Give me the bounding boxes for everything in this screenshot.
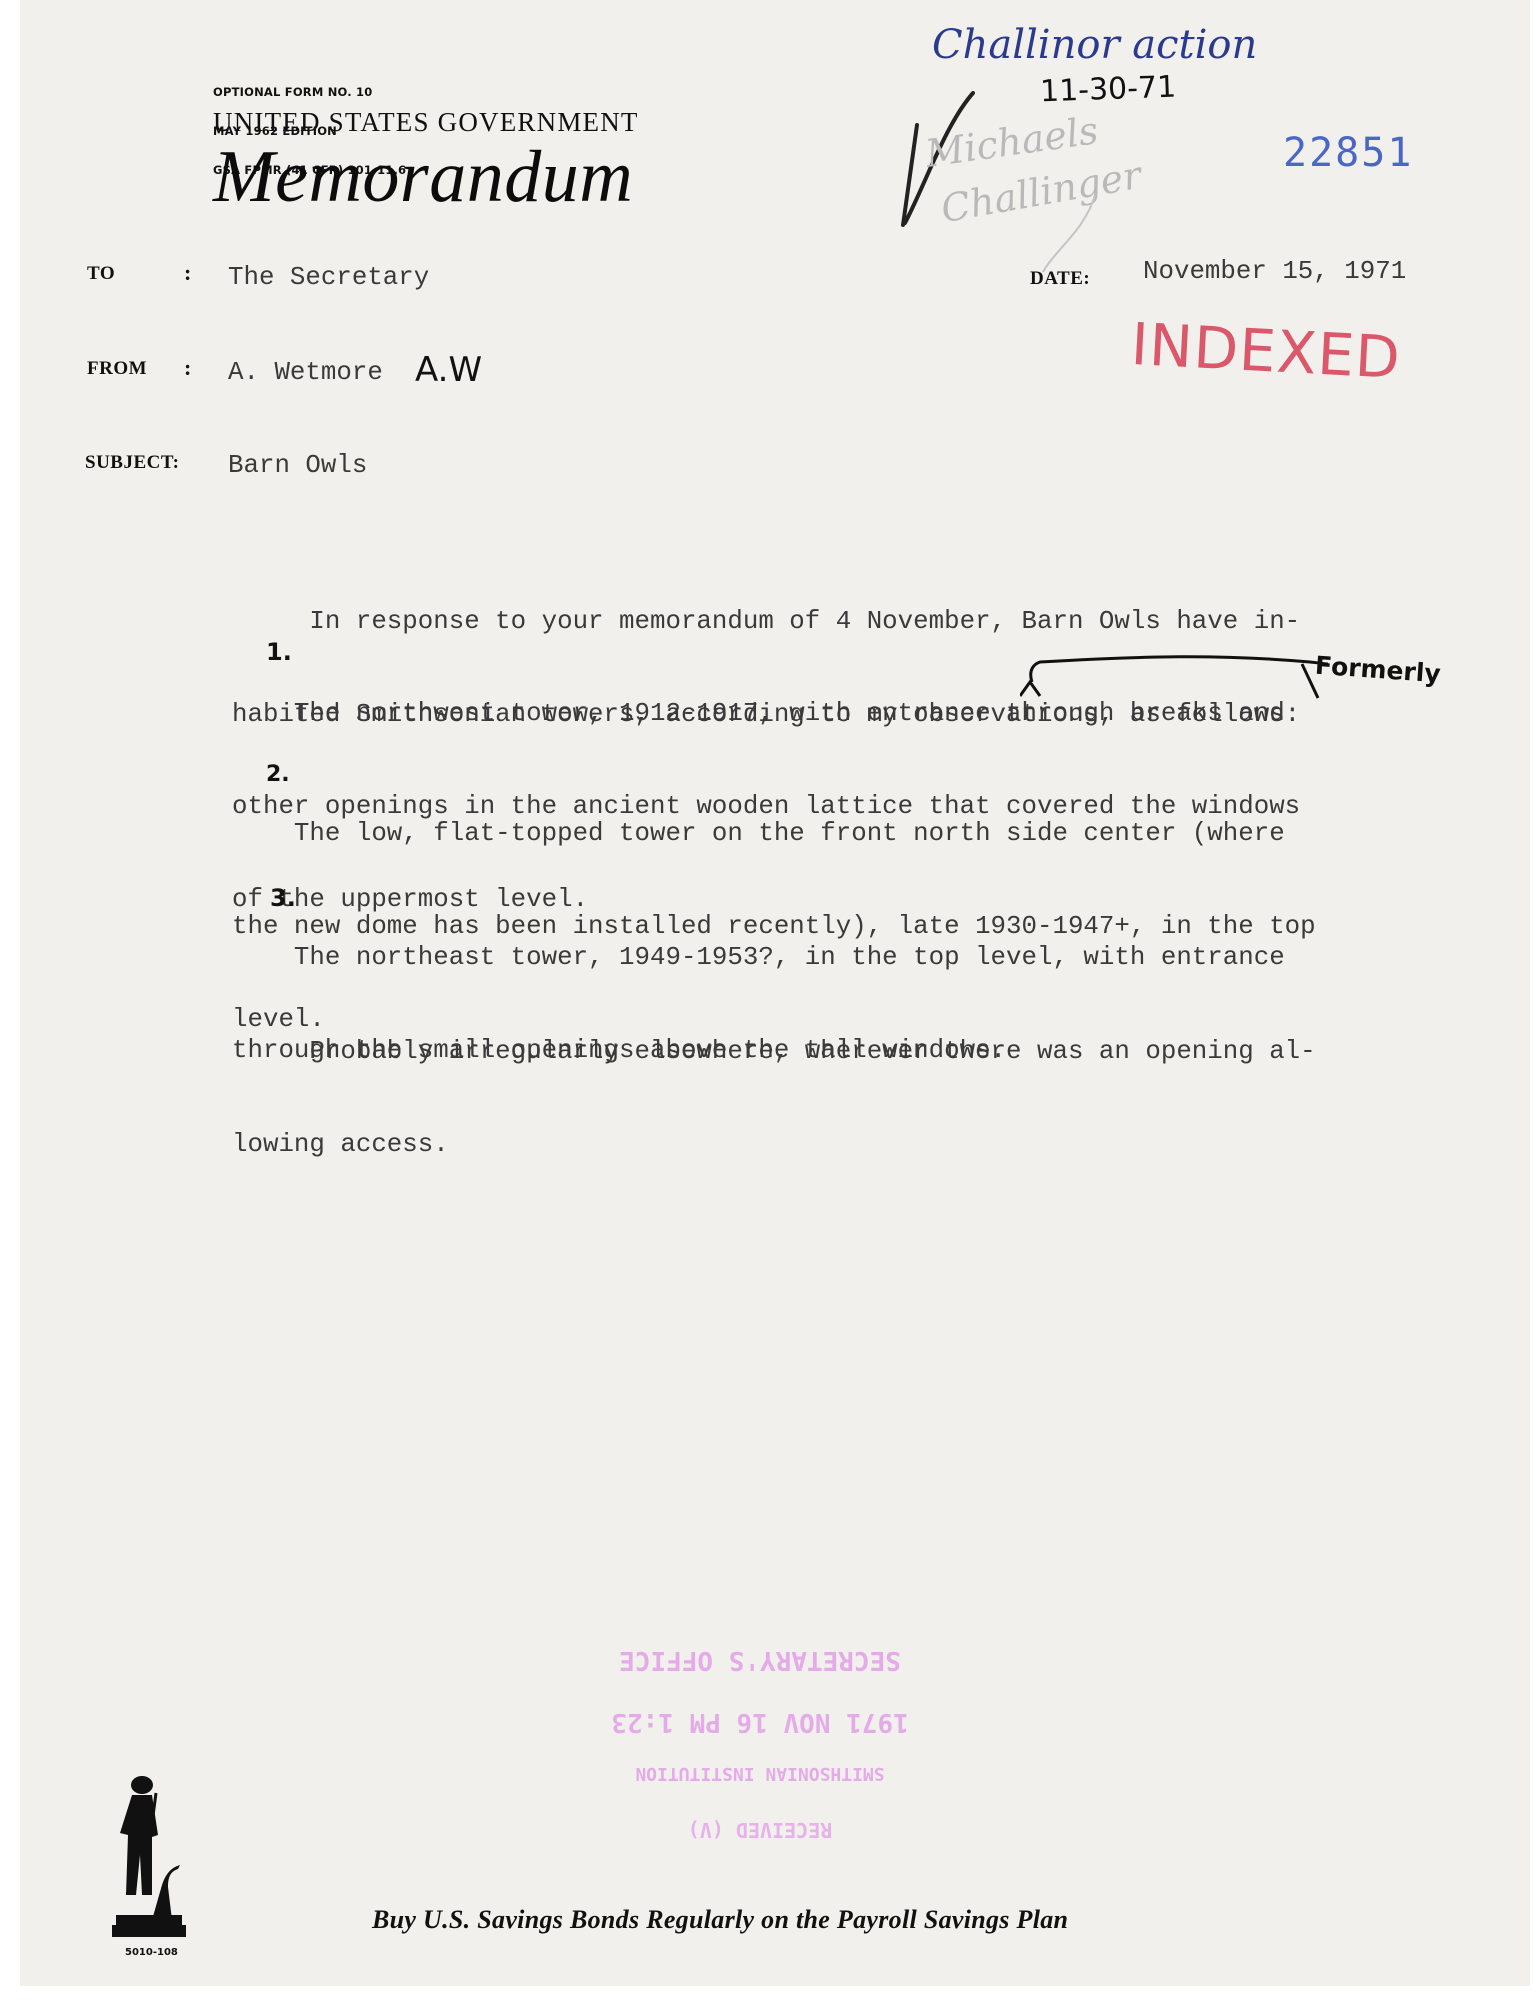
closing-paragraph: Probably irregularly elsewhere, wherever… [232,974,1316,1191]
date-label: DATE: [1030,268,1090,290]
body-line: Probably irregularly elsewhere, wherever… [232,1036,1316,1067]
date-value: November 15, 1971 [1143,256,1406,287]
subject-value: Barn Owls [228,450,367,481]
received-stamp: RECEIVED (V) SMITHSONIAN INSTITUTION 197… [560,1645,960,1842]
edit-insertion-mark [1020,640,1520,710]
body-line: lowing access. [232,1129,1316,1160]
to-colon: : [184,260,191,286]
minuteman-statue-icon [112,1775,192,1945]
stamp-line: SECRETARY'S OFFICE [560,1645,960,1675]
stamp-line: SMITHSONIAN INSTITUTION [560,1763,960,1784]
blue-handwritten-note: Challinor action [932,22,1257,68]
footer-slogan: Buy U.S. Savings Bonds Regularly on the … [372,1905,1068,1935]
item-number-3: 3. [270,884,296,912]
file-number-stamp: 22851 [1283,130,1413,176]
handwritten-initials: A.W [415,350,482,390]
pencil-stroke [1035,190,1105,280]
body-line: The low, flat-topped tower on the front … [232,818,1316,849]
to-value: The Secretary [228,262,429,293]
item-number-1: 1. [266,638,292,666]
from-label: FROM [87,358,147,380]
form-number: 5010-108 [125,1947,178,1958]
indexed-stamp: INDEXED [1129,310,1402,392]
form-line: OPTIONAL FORM NO. 10 [213,86,406,99]
stamp-line: RECEIVED (V) [560,1818,960,1842]
handwritten-date: 11-30-71 [1039,70,1176,110]
memo-title: Memorandum [213,135,633,220]
subject-label: SUBJECT: [85,452,179,474]
from-colon: : [184,355,191,381]
caret-mark [1300,662,1322,702]
from-value: A. Wetmore [228,357,383,388]
item-number-2: 2. [266,762,290,787]
stamp-line: 1971 NOV 16 PM 1:23 [560,1707,960,1737]
to-label: TO [87,263,115,285]
body-line: In response to your memorandum of 4 Nove… [232,606,1300,637]
body-line: The northeast tower, 1949-1953?, in the … [232,942,1285,973]
government-heading: UNITED STATES GOVERNMENT [213,107,639,138]
